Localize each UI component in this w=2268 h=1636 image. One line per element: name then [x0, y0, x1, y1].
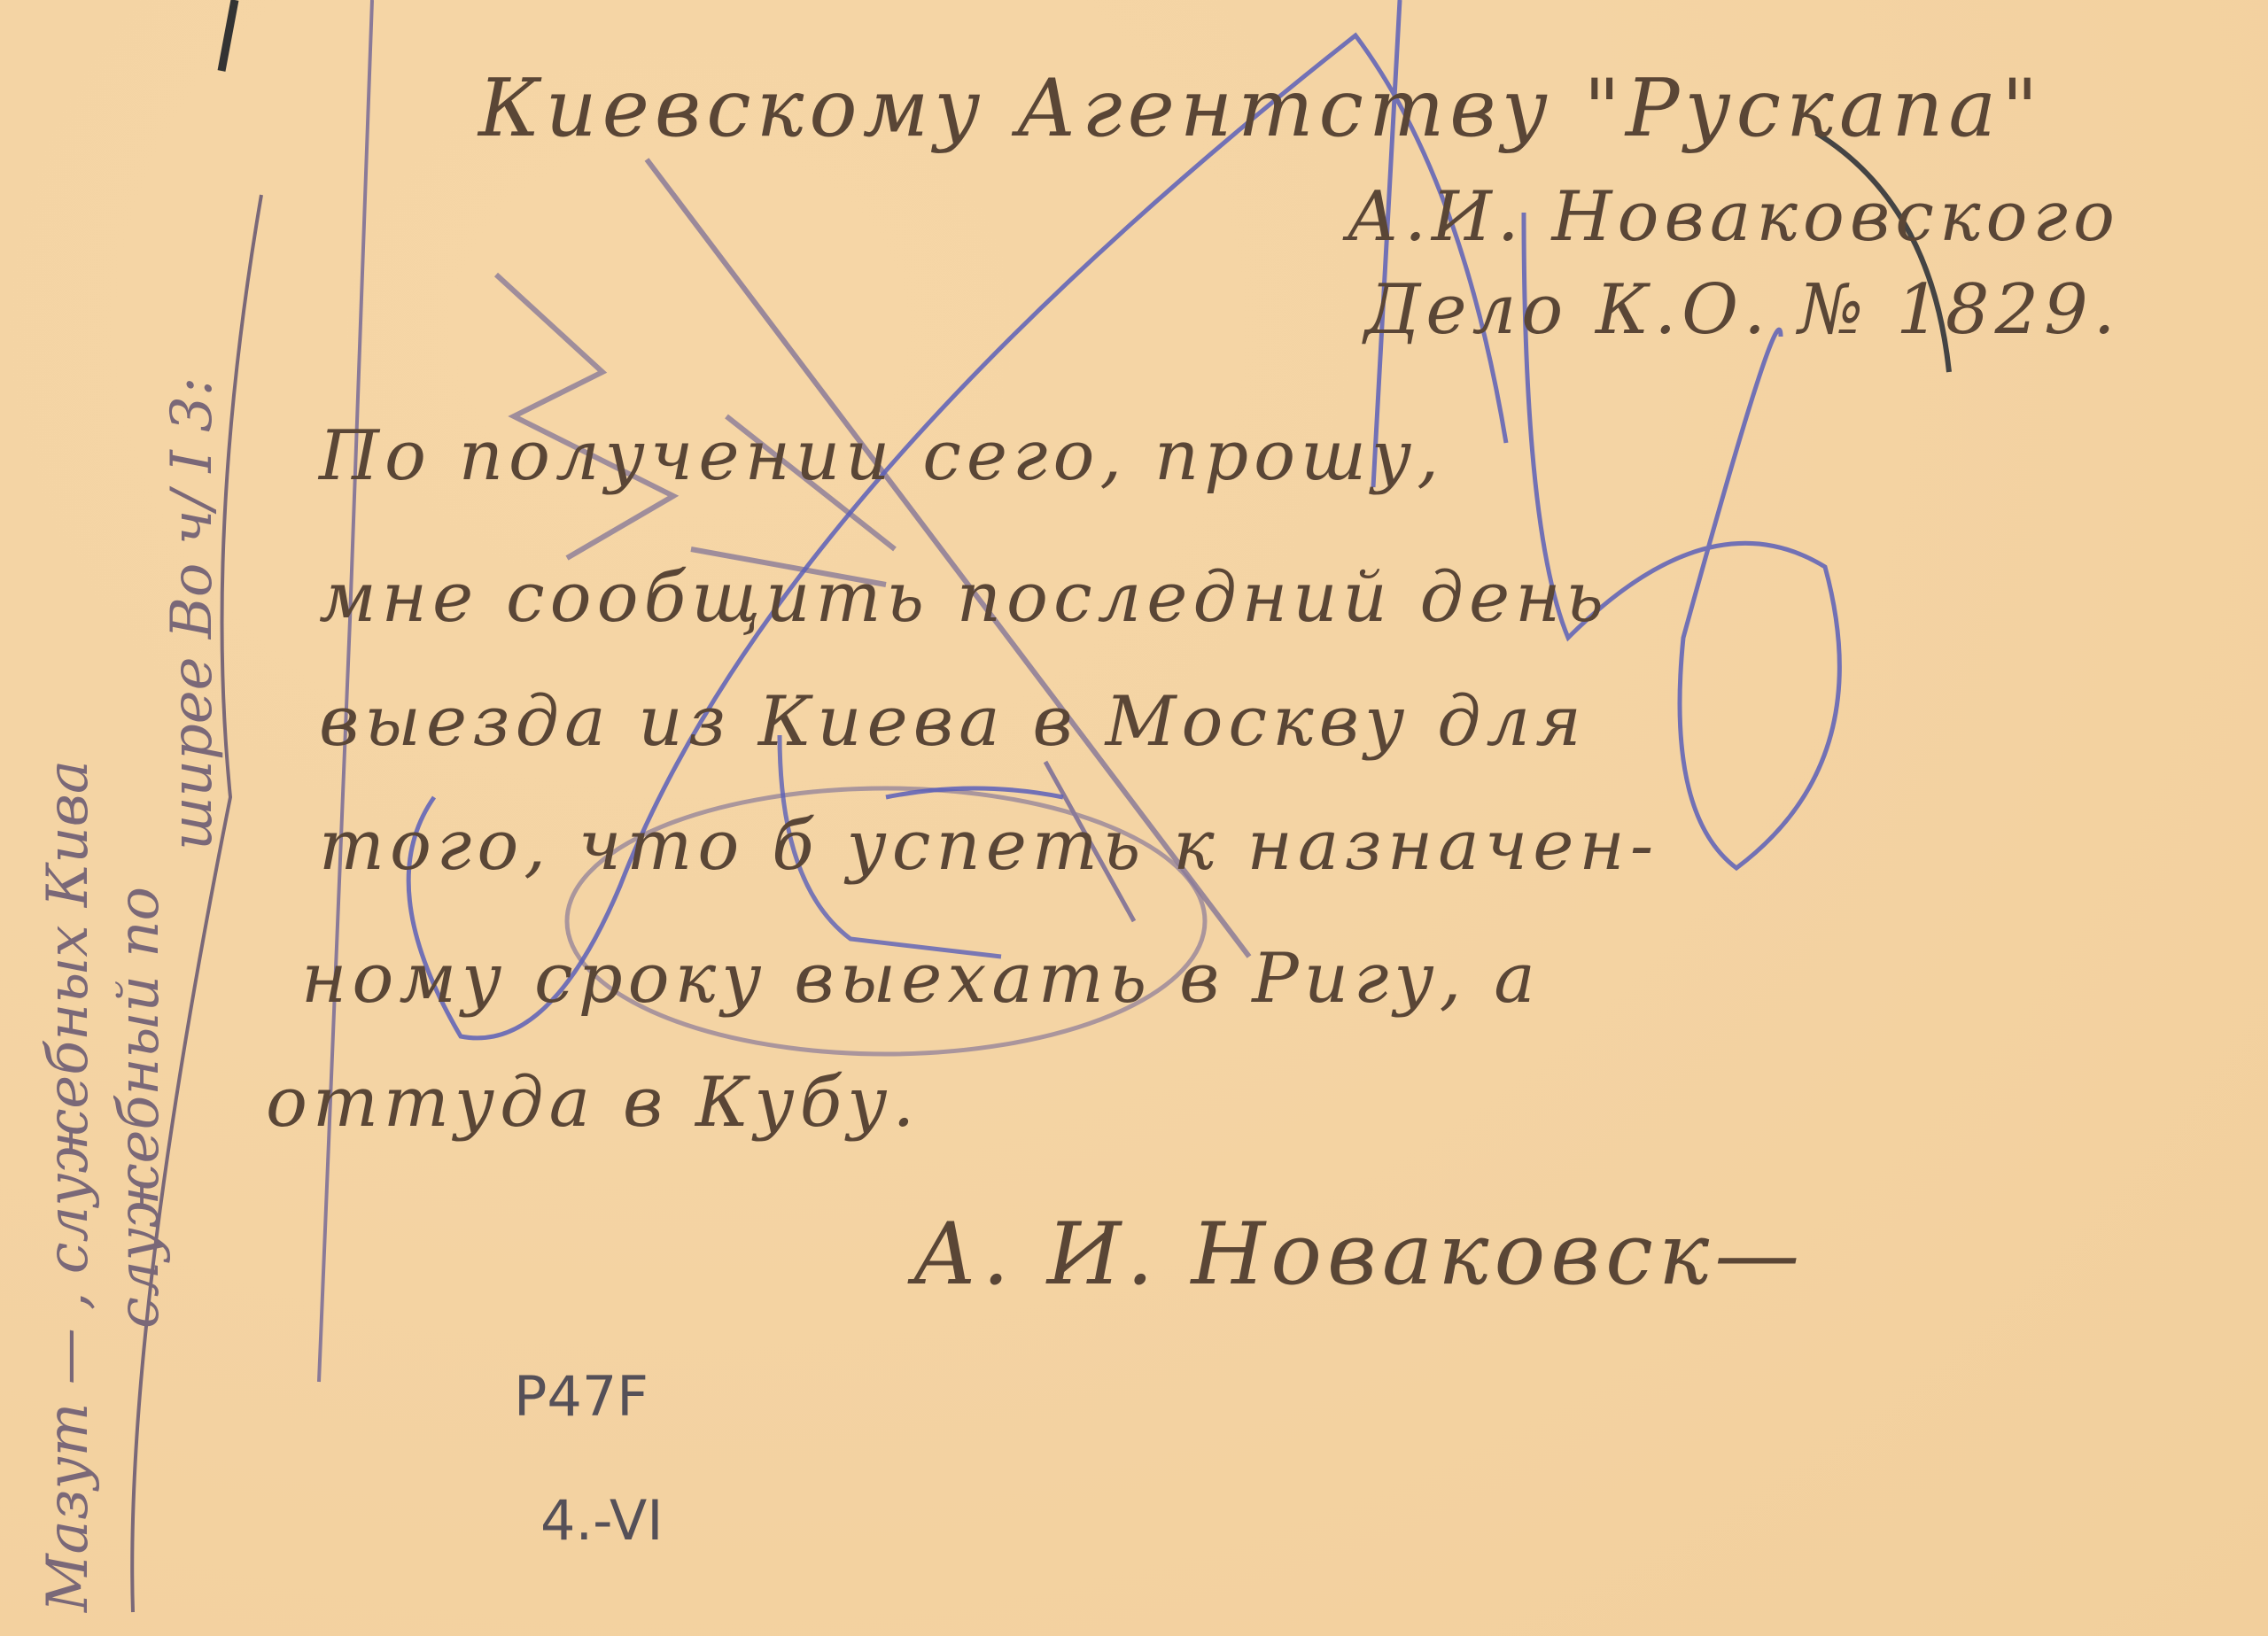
body-line-5: ному сроку выехать в Ригу, а [301, 939, 1541, 1019]
signature: А. И. Новаковск— [913, 1205, 1805, 1304]
address-line-2: А.И. Новаковского [1347, 177, 2120, 257]
margin-note-1: Мазут — , служебных Кива [35, 760, 101, 1612]
body-line-1: По получении сего, прошу, [319, 416, 1444, 496]
pencil-ref-2: 4.-VI [540, 1488, 664, 1553]
body-line-6: оттуда в Кубу. [266, 1063, 920, 1143]
body-line-4: того, что б успеть к назначен- [319, 806, 1658, 886]
body-line-3: выезда из Киева в Москву для [319, 682, 1587, 762]
address-line-1: Киевскому Агентству "Рускапа" [478, 62, 2044, 155]
margin-note-3: ширее Во ч/ I 3: [159, 377, 225, 850]
address-line-3: Дело К.О. № 1829. [1364, 270, 2121, 350]
body-line-2: мне сообщить последний день [319, 558, 1609, 638]
postcard: Киевскому Агентству "Рускапа" А.И. Новак… [0, 0, 2268, 1636]
margin-note-2: служебный по [106, 887, 172, 1329]
pencil-ref-1: P47F [514, 1364, 649, 1429]
